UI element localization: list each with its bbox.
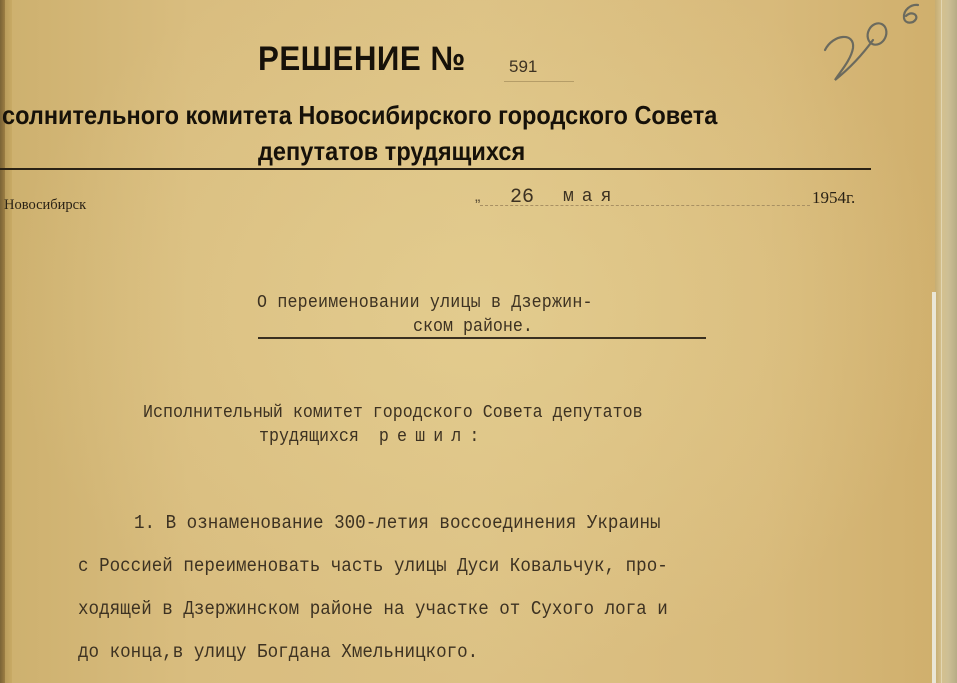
decision-number: 591 (509, 57, 537, 77)
issuer-line-2: депутатов трудящихся (258, 136, 525, 167)
issuer-line-1: солнительного комитета Новосибирского го… (2, 100, 717, 131)
clause-1-line-3: ходящей в Дзержинском районе на участке … (78, 598, 668, 620)
clause-1-line-2: с Россией переименовать часть улицы Дуси… (78, 555, 668, 577)
page-edge-line (941, 0, 942, 683)
document-page: 206 РЕШЕНИЕ № 591 солнительного комитета… (0, 0, 957, 683)
place: Новосибирск (4, 197, 86, 214)
preamble-verb: решил: (379, 426, 488, 447)
document-title: РЕШЕНИЕ № (258, 40, 466, 79)
date-year: 1954г. (812, 188, 855, 208)
preamble-line-1: Исполнительный комитет городского Совета… (143, 402, 643, 423)
subject-line-2: ском районе. (413, 316, 533, 337)
preamble-line-2: трудящихся решил: (259, 426, 487, 447)
decision-number-underline (504, 81, 574, 82)
clause-1-line-4: до конца,в улицу Богдана Хмельницкого. (78, 641, 478, 663)
date-month: мая (563, 187, 619, 207)
clause-1-line-1: 1. В ознаменование 300-летия воссоединен… (134, 512, 661, 534)
page-edge-right (935, 0, 957, 683)
subject-line-1: О переименовании улицы в Дзержин- (257, 292, 593, 313)
preamble-subject: трудящихся (259, 426, 359, 447)
subject-underline (258, 337, 706, 339)
archive-number-handwritten: 206 (815, 0, 935, 85)
page-edge-white-strip (932, 292, 936, 683)
date-quote-mark: „ (475, 188, 480, 206)
header-rule (0, 168, 871, 170)
date-dotted-line (480, 205, 810, 206)
